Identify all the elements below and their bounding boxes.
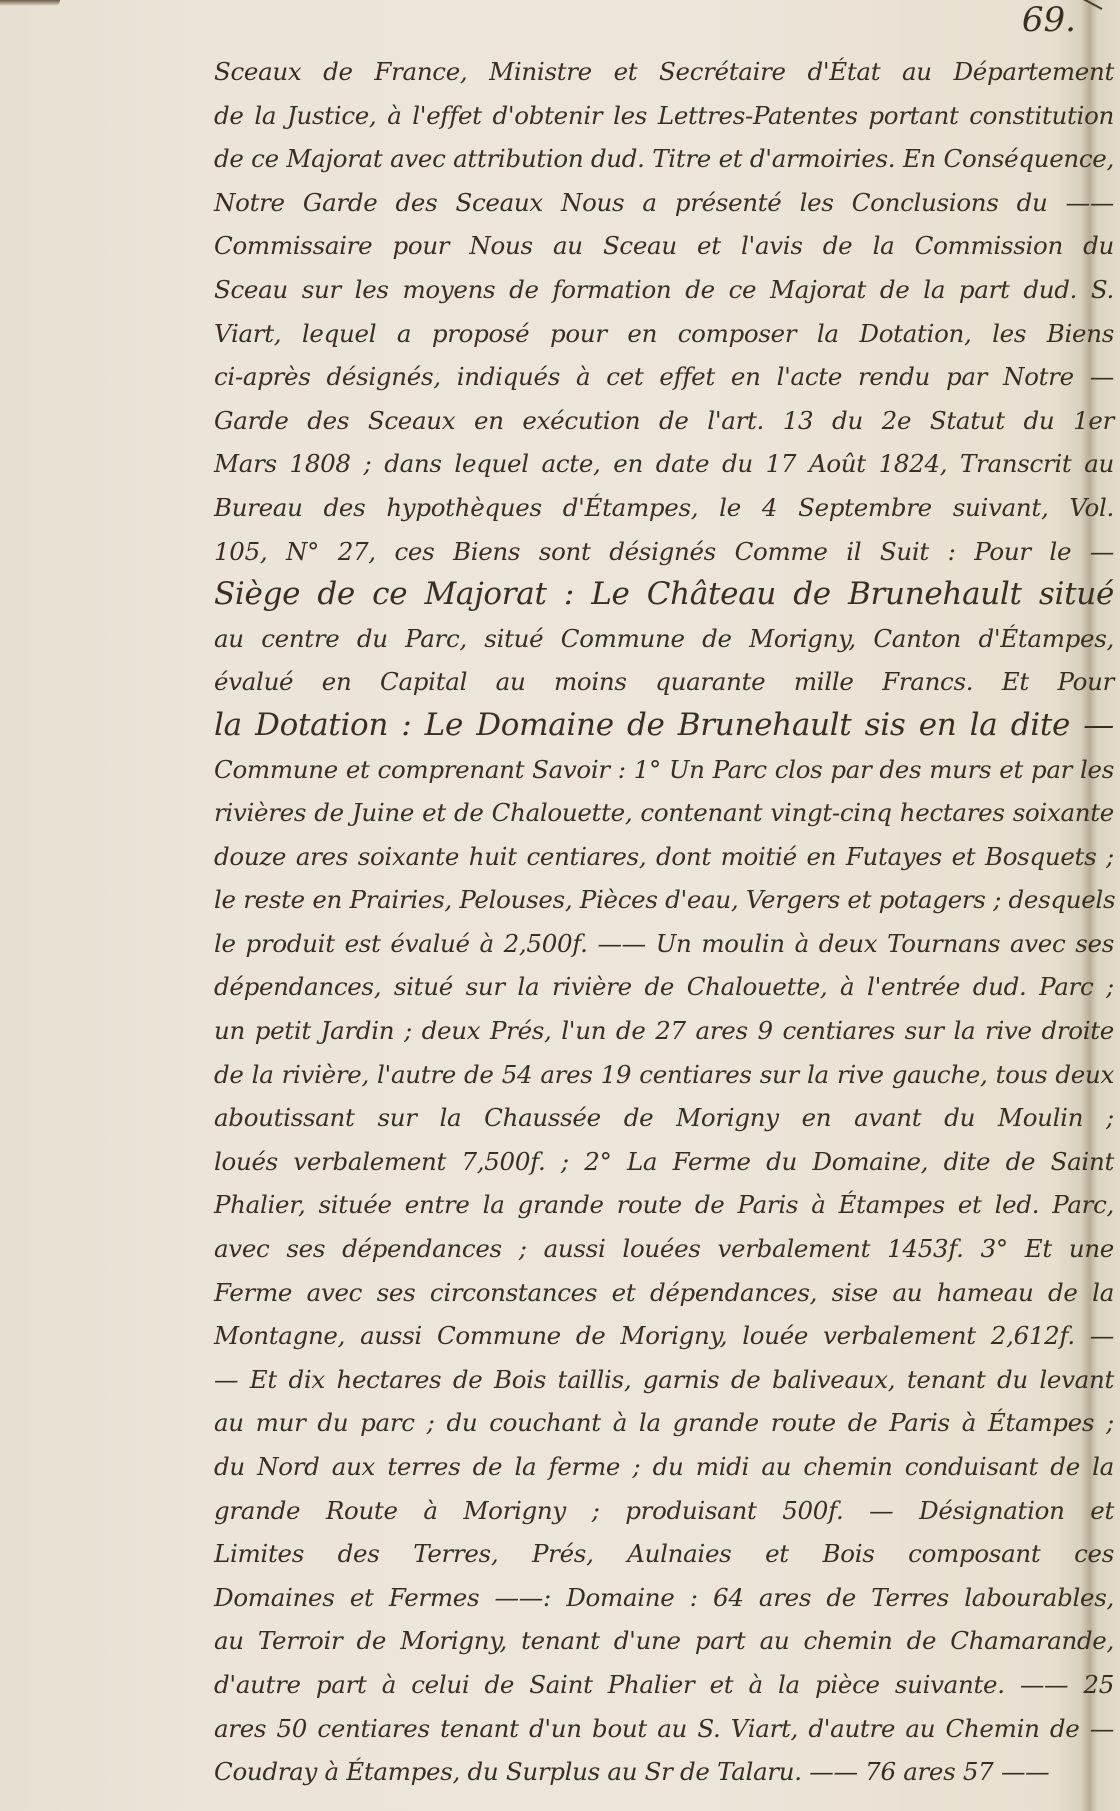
text-line: Garde des Sceaux en exécution de l'art. …: [214, 399, 1114, 443]
text-line: 105, N° 27, ces Biens sont désignés Comm…: [214, 530, 1114, 574]
text-line: de la Justice, à l'effet d'obtenir les L…: [214, 94, 1114, 138]
text-line: de ce Majorat avec attribution dud. Titr…: [214, 137, 1114, 181]
text-line-heading-dotation: la Dotation : Le Domaine de Brunehault s…: [214, 704, 1114, 748]
text-line: Viart, lequel a proposé pour en composer…: [214, 312, 1114, 356]
text-line: Mars 1808 ; dans lequel acte, en date du…: [214, 442, 1114, 486]
text-line: — Et dix hectares de Bois taillis, garni…: [214, 1358, 1114, 1402]
binding-shadow: [0, 0, 60, 6]
text-line: loués verbalement 7,500f. ; 2° La Ferme …: [214, 1140, 1114, 1184]
text-line: ares 50 centiares tenant d'un bout au S.…: [214, 1707, 1114, 1751]
handwritten-text-block: Sceaux de France, Ministre et Secrétaire…: [214, 50, 1114, 1794]
text-line: Sceau sur les moyens de formation de ce …: [214, 268, 1114, 312]
text-line: au centre du Parc, situé Commune de Mori…: [214, 617, 1114, 661]
text-line: Coudray à Étampes, du Surplus au Sr de T…: [214, 1750, 1114, 1794]
text-line: le produit est évalué à 2,500f. —— Un mo…: [214, 922, 1114, 966]
text-line: Notre Garde des Sceaux Nous a présenté l…: [214, 181, 1114, 225]
text-line: Domaines et Fermes ——: Domaine : 64 ares…: [214, 1576, 1114, 1620]
text-line: le reste en Prairies, Pelouses, Pièces d…: [214, 878, 1114, 922]
text-line: aboutissant sur la Chaussée de Morigny e…: [214, 1096, 1114, 1140]
text-line: avec ses dépendances ; aussi louées verb…: [214, 1227, 1114, 1271]
text-line: Commune et comprenant Savoir : 1° Un Par…: [214, 748, 1114, 792]
text-line: douze ares soixante huit centiares, dont…: [214, 835, 1114, 879]
text-line: rivières de Juine et de Chalouette, cont…: [214, 791, 1114, 835]
text-line: ci-après désignés, indiqués à cet effet …: [214, 355, 1114, 399]
text-line: grande Route à Morigny ; produisant 500f…: [214, 1489, 1114, 1533]
text-line: Commissaire pour Nous au Sceau et l'avis…: [214, 224, 1114, 268]
text-line-heading-siege: Siège de ce Majorat : Le Château de Brun…: [214, 573, 1114, 617]
text-line: d'autre part à celui de Saint Phalier et…: [214, 1663, 1114, 1707]
text-line: du Nord aux terres de la ferme ; du midi…: [214, 1445, 1114, 1489]
text-line: Phalier, située entre la grande route de…: [214, 1183, 1114, 1227]
text-line: au mur du parc ; du couchant à la grande…: [214, 1401, 1114, 1445]
page-number: 69.: [1022, 0, 1076, 40]
text-line: Sceaux de France, Ministre et Secrétaire…: [214, 50, 1114, 94]
text-line: Bureau des hypothèques d'Étampes, le 4 S…: [214, 486, 1114, 530]
text-line: un petit Jardin ; deux Prés, l'un de 27 …: [214, 1009, 1114, 1053]
text-line: de la rivière, l'autre de 54 ares 19 cen…: [214, 1053, 1114, 1097]
manuscript-page: 69. Sceaux de France, Ministre et Secrét…: [0, 0, 1120, 1811]
text-line: dépendances, situé sur la rivière de Cha…: [214, 965, 1114, 1009]
text-line: évalué en Capital au moins quarante mill…: [214, 660, 1114, 704]
text-line: Ferme avec ses circonstances et dépendan…: [214, 1271, 1114, 1315]
text-line: au Terroir de Morigny, tenant d'une part…: [214, 1619, 1114, 1663]
text-line: Montagne, aussi Commune de Morigny, loué…: [214, 1314, 1114, 1358]
text-line: Limites des Terres, Prés, Aulnaies et Bo…: [214, 1532, 1114, 1576]
